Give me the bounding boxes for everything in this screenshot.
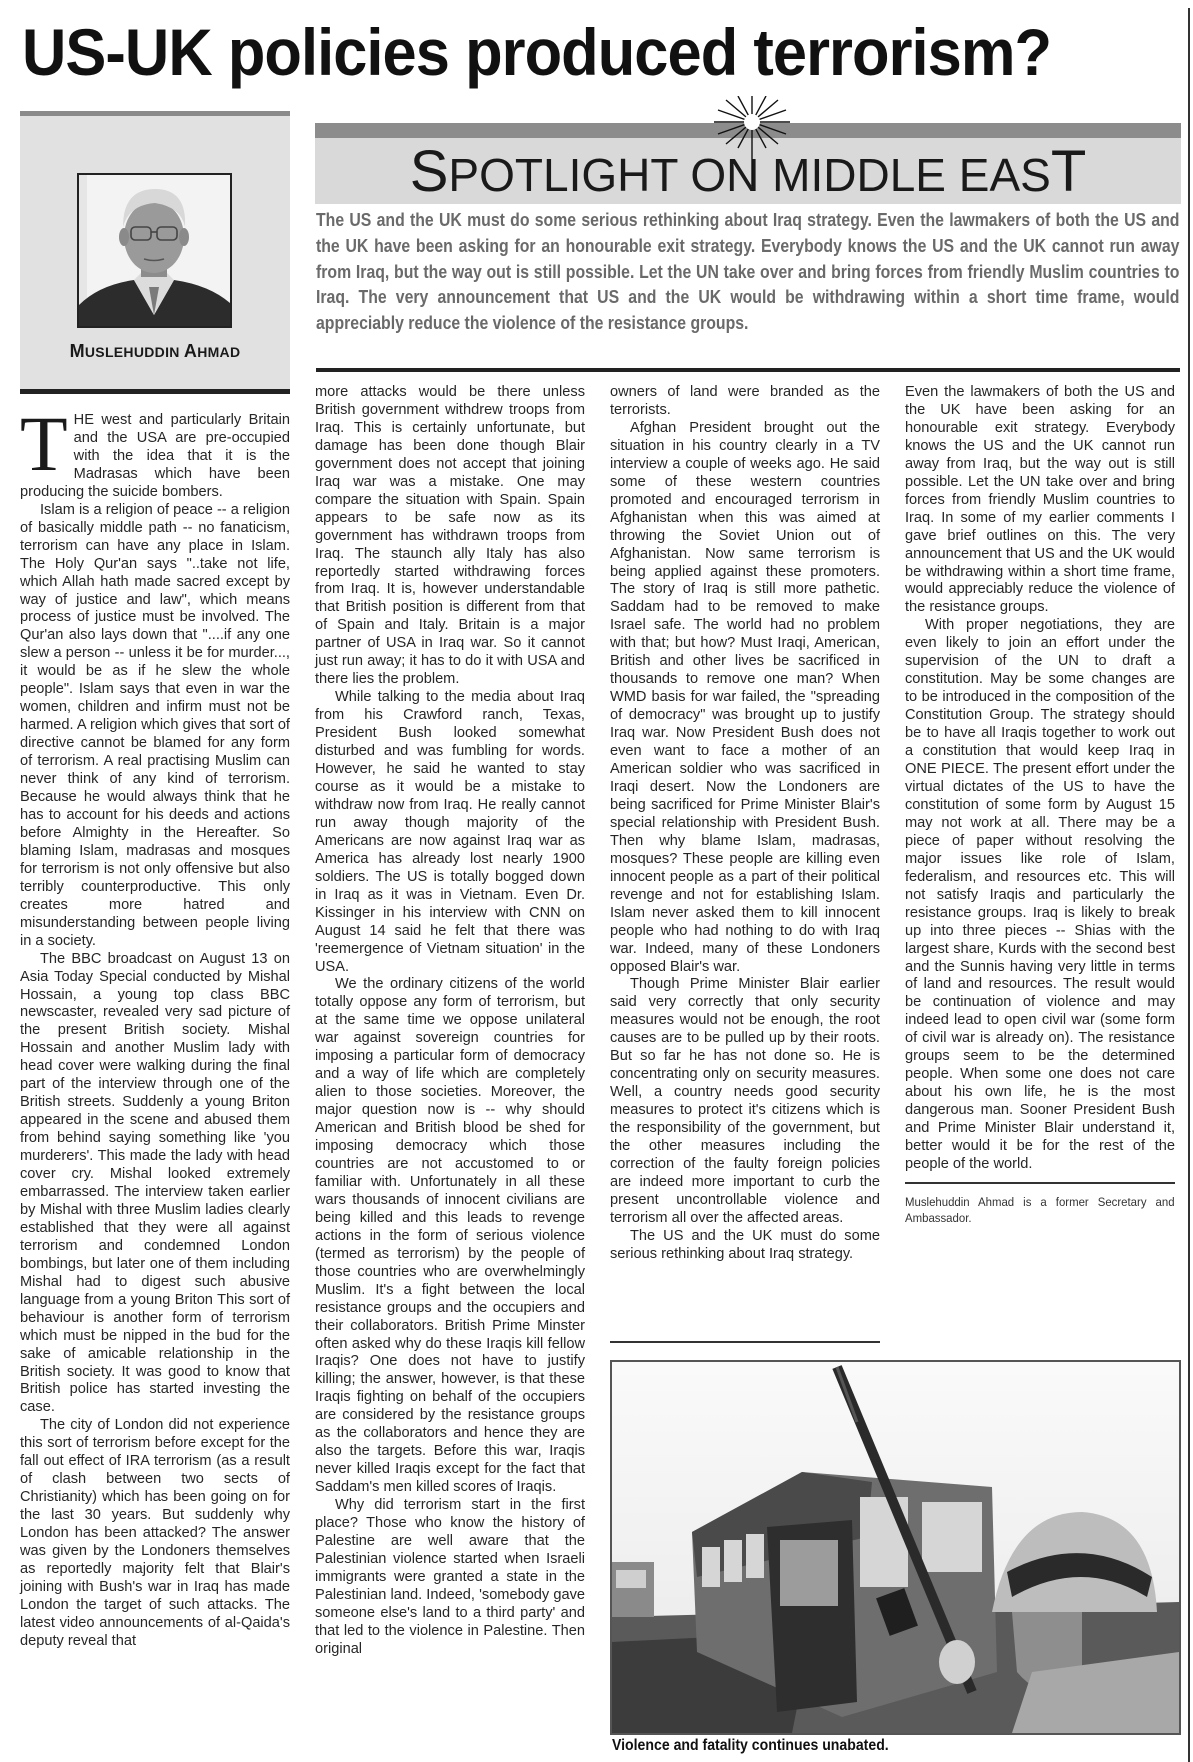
article-paragraph: The US and the UK must do some serious r… bbox=[610, 1228, 880, 1264]
author-box-top-bar bbox=[20, 111, 290, 116]
author-name-initial-last: A bbox=[184, 341, 197, 361]
article-paragraph: more attacks would be there unless Briti… bbox=[315, 384, 585, 689]
standfirst-rule bbox=[316, 368, 1180, 372]
article-paragraph: The city of London did not experience th… bbox=[20, 1417, 290, 1650]
author-name-rest-last: HMAD bbox=[197, 344, 240, 360]
author-portrait-icon bbox=[79, 175, 230, 326]
burnt-bus-soldier-photo-icon bbox=[612, 1362, 1179, 1733]
star-burst-icon bbox=[712, 96, 792, 186]
article-paragraph: With proper negotiations, they are even … bbox=[905, 617, 1175, 1174]
article-column-2: more attacks would be there unless Briti… bbox=[315, 384, 585, 1659]
author-box-bottom-bar bbox=[20, 389, 290, 394]
section-banner-cap-first: S bbox=[410, 139, 449, 204]
author-name-rest-first: USLEHUDDIN bbox=[85, 344, 184, 360]
bio-rule bbox=[905, 1182, 1175, 1184]
headline: US-UK policies produced terrorism? bbox=[22, 14, 1101, 90]
author-name: MUSLEHUDDIN AHMAD bbox=[20, 341, 290, 362]
section-banner-cap-last: T bbox=[1051, 139, 1086, 204]
column-3-rule bbox=[610, 1341, 880, 1343]
article-paragraph: owners of land were branded as the terro… bbox=[610, 384, 880, 420]
article-paragraph: Afghan President brought out the situati… bbox=[610, 420, 880, 977]
news-photo bbox=[610, 1360, 1181, 1735]
article-paragraph: While talking to the media about Iraq fr… bbox=[315, 689, 585, 976]
author-photo bbox=[77, 173, 232, 328]
photo-caption: Violence and fatality continues unabated… bbox=[612, 1737, 889, 1755]
article-paragraph: Why did terrorism start in the first pla… bbox=[315, 1497, 585, 1659]
article-column-3: owners of land were branded as the terro… bbox=[610, 384, 880, 1264]
author-name-initial-first: M bbox=[70, 341, 85, 361]
article-paragraph: Islam is a religion of peace -- a religi… bbox=[20, 502, 290, 951]
article-column-1: THE west and particularly Britain and th… bbox=[20, 412, 290, 1651]
page-right-rule bbox=[1188, 8, 1190, 1762]
article-paragraph: THE west and particularly Britain and th… bbox=[20, 412, 290, 502]
author-box: MUSLEHUDDIN AHMAD bbox=[20, 111, 290, 394]
drop-cap: T bbox=[20, 414, 68, 472]
article-paragraph: The BBC broadcast on August 13 on Asia T… bbox=[20, 951, 290, 1418]
article-paragraph: Though Prime Minister Blair earlier said… bbox=[610, 976, 880, 1227]
article-paragraph: Even the lawmakers of both the US and th… bbox=[905, 384, 1175, 617]
author-bio: Muslehuddin Ahmad is a former Secretary … bbox=[905, 1194, 1175, 1227]
article-column-4: Even the lawmakers of both the US and th… bbox=[905, 384, 1175, 1227]
article-paragraph: We the ordinary citizens of the world to… bbox=[315, 976, 585, 1497]
standfirst: The US and the UK must do some serious r… bbox=[316, 207, 1179, 336]
